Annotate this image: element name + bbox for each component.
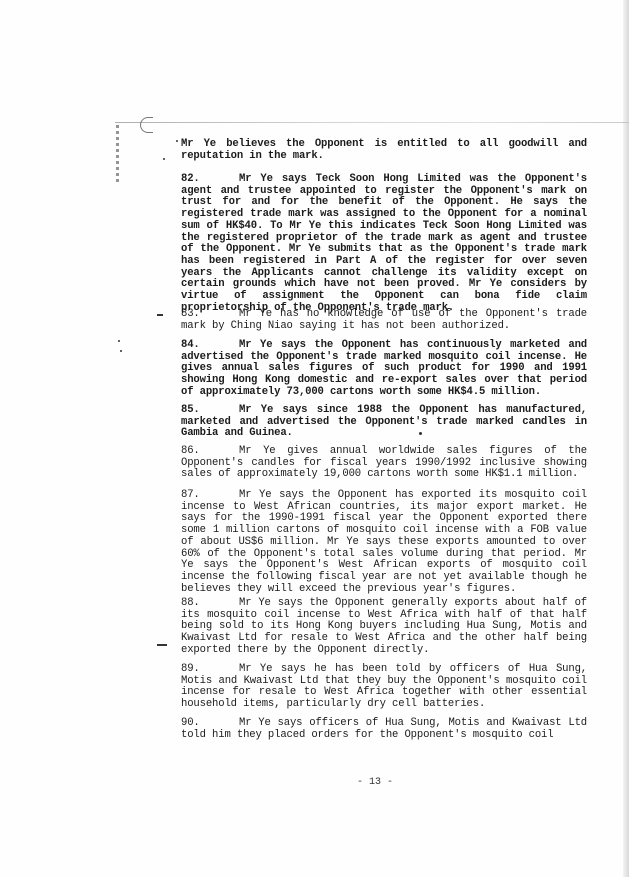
margin-mark (157, 314, 163, 316)
paragraph-87: 87.Mr Ye says the Opponent has exported … (181, 490, 587, 595)
paragraph-84: 84.Mr Ye says the Opponent has continuou… (181, 340, 587, 399)
scan-edge-shadow (623, 0, 629, 877)
paragraph-88: 88.Mr Ye says the Opponent generally exp… (181, 598, 587, 657)
paragraph-86: 86.Mr Ye gives annual worldwide sales fi… (181, 446, 587, 481)
scan-speck (120, 350, 122, 352)
paragraph-89: 89.Mr Ye says he has been told by office… (181, 664, 587, 711)
page-number: - 13 - (340, 777, 410, 788)
staple-hole-icon (140, 117, 153, 133)
paragraph-text: Mr Ye says the Opponent has exported its… (181, 489, 587, 595)
paragraph-90: 90.Mr Ye says officers of Hua Sung, Moti… (181, 718, 587, 741)
scan-speck (118, 340, 120, 342)
paragraph-text: Mr Ye gives annual worldwide sales figur… (181, 445, 587, 480)
paragraph-82: 82.Mr Ye says Teck Soon Hong Limited was… (181, 174, 587, 314)
scan-top-rule (115, 122, 629, 123)
paragraph-text: Mr Ye says since 1988 the Opponent has m… (181, 404, 587, 439)
scan-speck (176, 140, 178, 142)
paragraph-continuation: Mr Ye believes the Opponent is entitled … (181, 139, 587, 162)
paragraph-text: Mr Ye says Teck Soon Hong Limited was th… (181, 173, 587, 314)
paragraph-85: 85.Mr Ye says since 1988 the Opponent ha… (181, 405, 587, 440)
scan-speck (163, 158, 165, 160)
paragraph-text: Mr Ye says he has been told by officers … (181, 663, 587, 710)
margin-mark (157, 644, 167, 646)
paragraph-text: Mr Ye believes the Opponent is entitled … (181, 138, 587, 162)
paragraph-text: Mr Ye has no knowledge of use of the Opp… (181, 308, 587, 332)
document-page: Mr Ye believes the Opponent is entitled … (0, 0, 629, 877)
binding-marks (116, 125, 119, 185)
paragraph-text: Mr Ye says officers of Hua Sung, Motis a… (181, 717, 587, 741)
paragraph-text: Mr Ye says the Opponent generally export… (181, 597, 587, 656)
paragraph-text: Mr Ye says the Opponent has continuously… (181, 339, 587, 398)
paragraph-83: 83.Mr Ye has no knowledge of use of the … (181, 309, 587, 332)
